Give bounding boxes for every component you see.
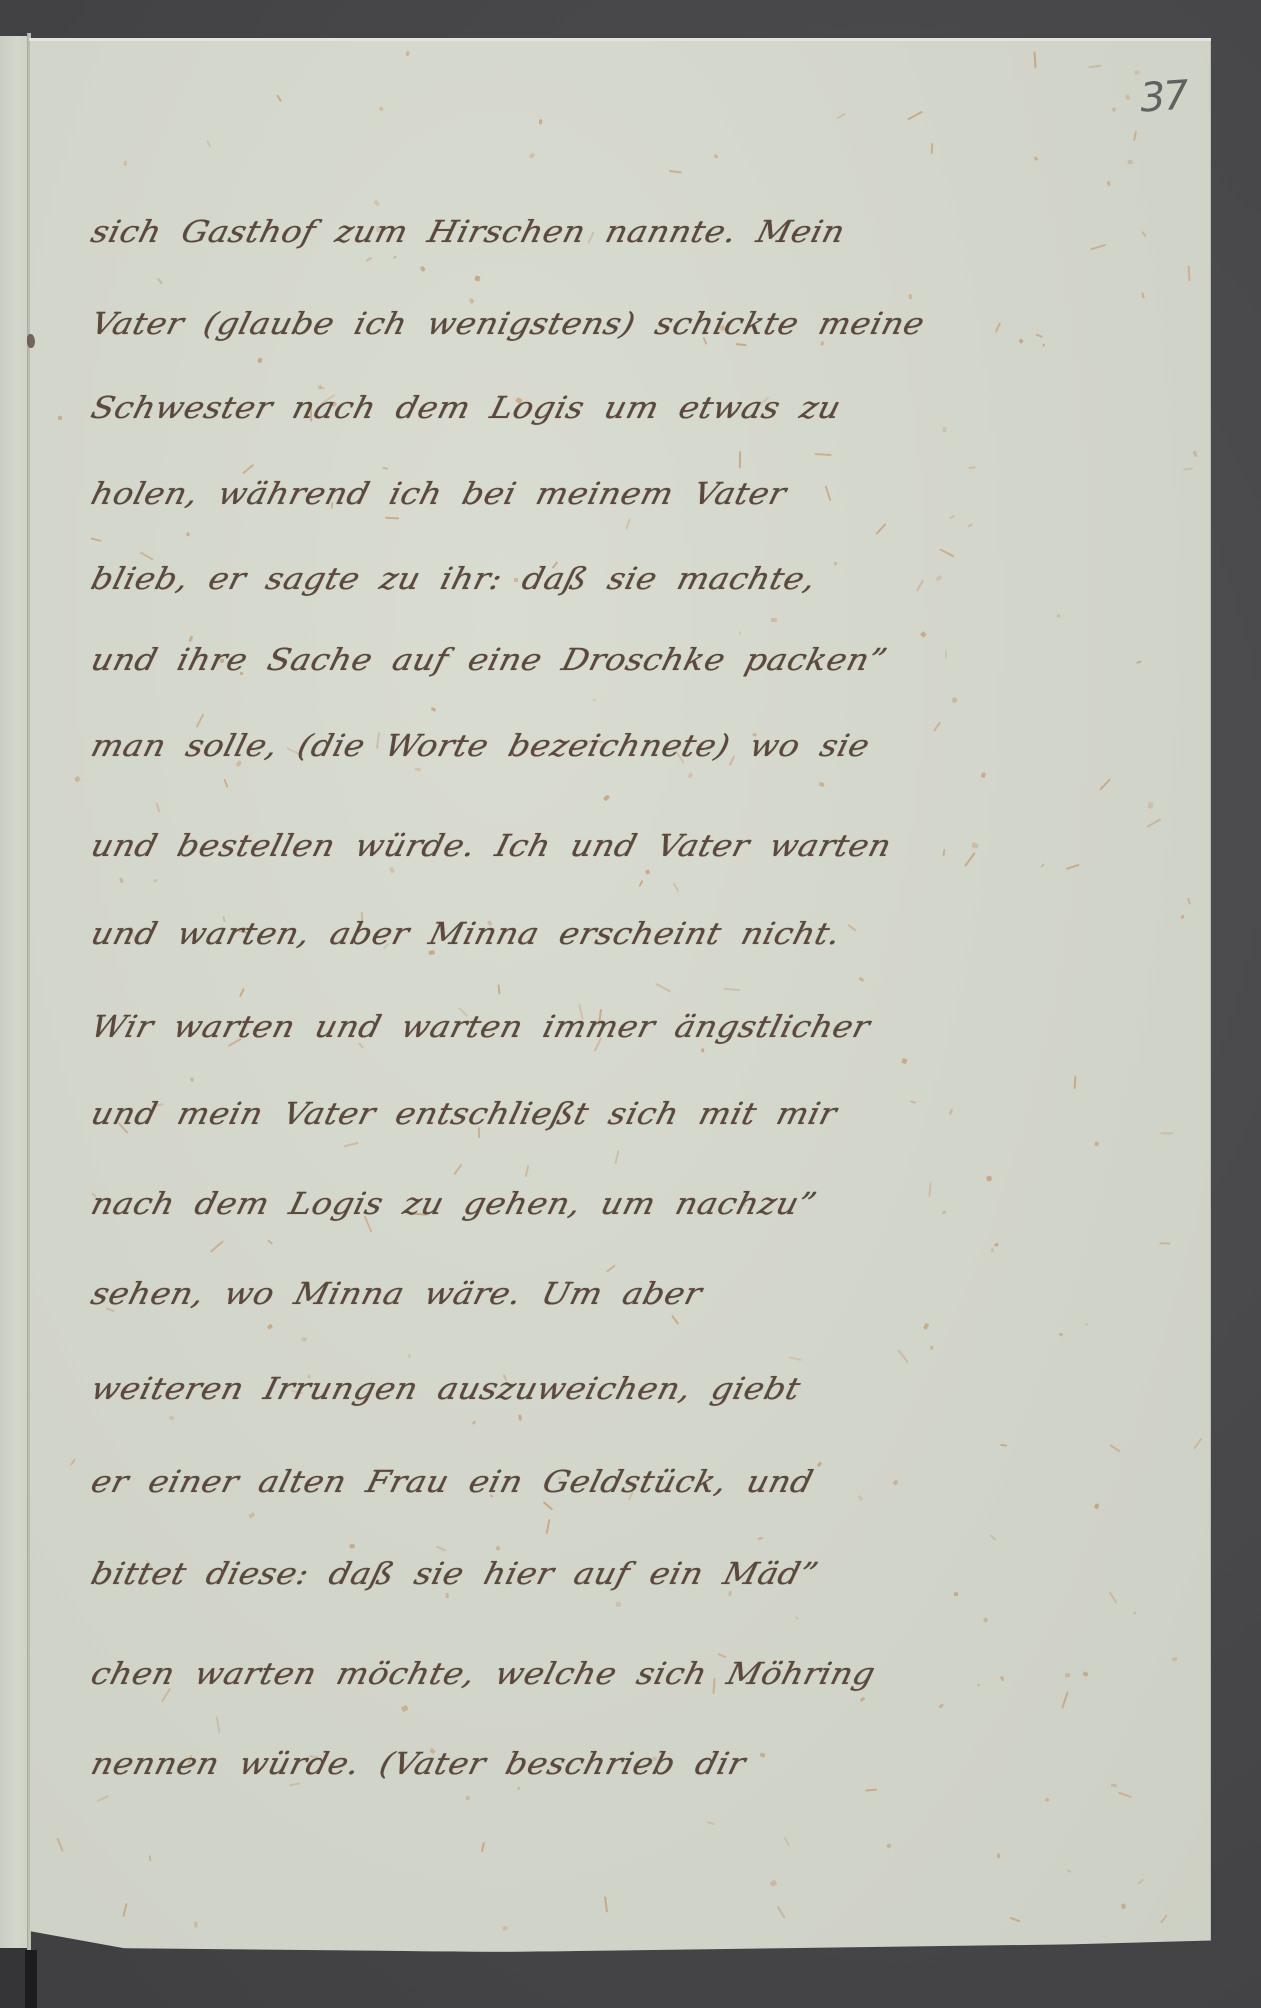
manuscript-line: Wir warten und warten immer ängstlicher (88, 1009, 897, 1045)
manuscript-line: er einer alten Frau ein Geldstück, und (88, 1464, 897, 1500)
manuscript-line: blieb, er sagte zu ihr: daß sie machte, (88, 561, 897, 597)
manuscript-line: bittet diese: daß sie hier auf ein Mäd” (88, 1556, 897, 1592)
manuscript-line: Schwester nach dem Logis um etwas zu (88, 390, 897, 426)
manuscript-line: Vater (glaube ich wenigstens) schickte m… (88, 306, 897, 342)
manuscript-line: und warten, aber Minna erscheint nicht. (88, 916, 897, 952)
manuscript-line: sehen, wo Minna wäre. Um aber (88, 1276, 897, 1312)
manuscript-line: und mein Vater entschließt sich mit mir (88, 1096, 897, 1132)
manuscript-line: man solle, (die Worte bezeichnete) wo si… (88, 728, 897, 764)
manuscript-line: chen warten möchte, welche sich Möhring (88, 1656, 897, 1692)
manuscript-line: nach dem Logis zu gehen, um nachzu” (88, 1186, 897, 1222)
handwritten-text: sich Gasthof zum Hirschen nannte. Mein V… (0, 0, 1261, 2008)
manuscript-line: und bestellen würde. Ich und Vater warte… (88, 828, 897, 864)
manuscript-line: und ihre Sache auf eine Droschke packen” (88, 642, 897, 678)
manuscript-line: holen, während ich bei meinem Vater (88, 476, 897, 512)
manuscript-line: weiteren Irrungen auszuweichen, giebt (88, 1371, 897, 1407)
manuscript-line: sich Gasthof zum Hirschen nannte. Mein (88, 214, 897, 250)
manuscript-line: nennen würde. (Vater beschrieb dir (88, 1746, 897, 1782)
